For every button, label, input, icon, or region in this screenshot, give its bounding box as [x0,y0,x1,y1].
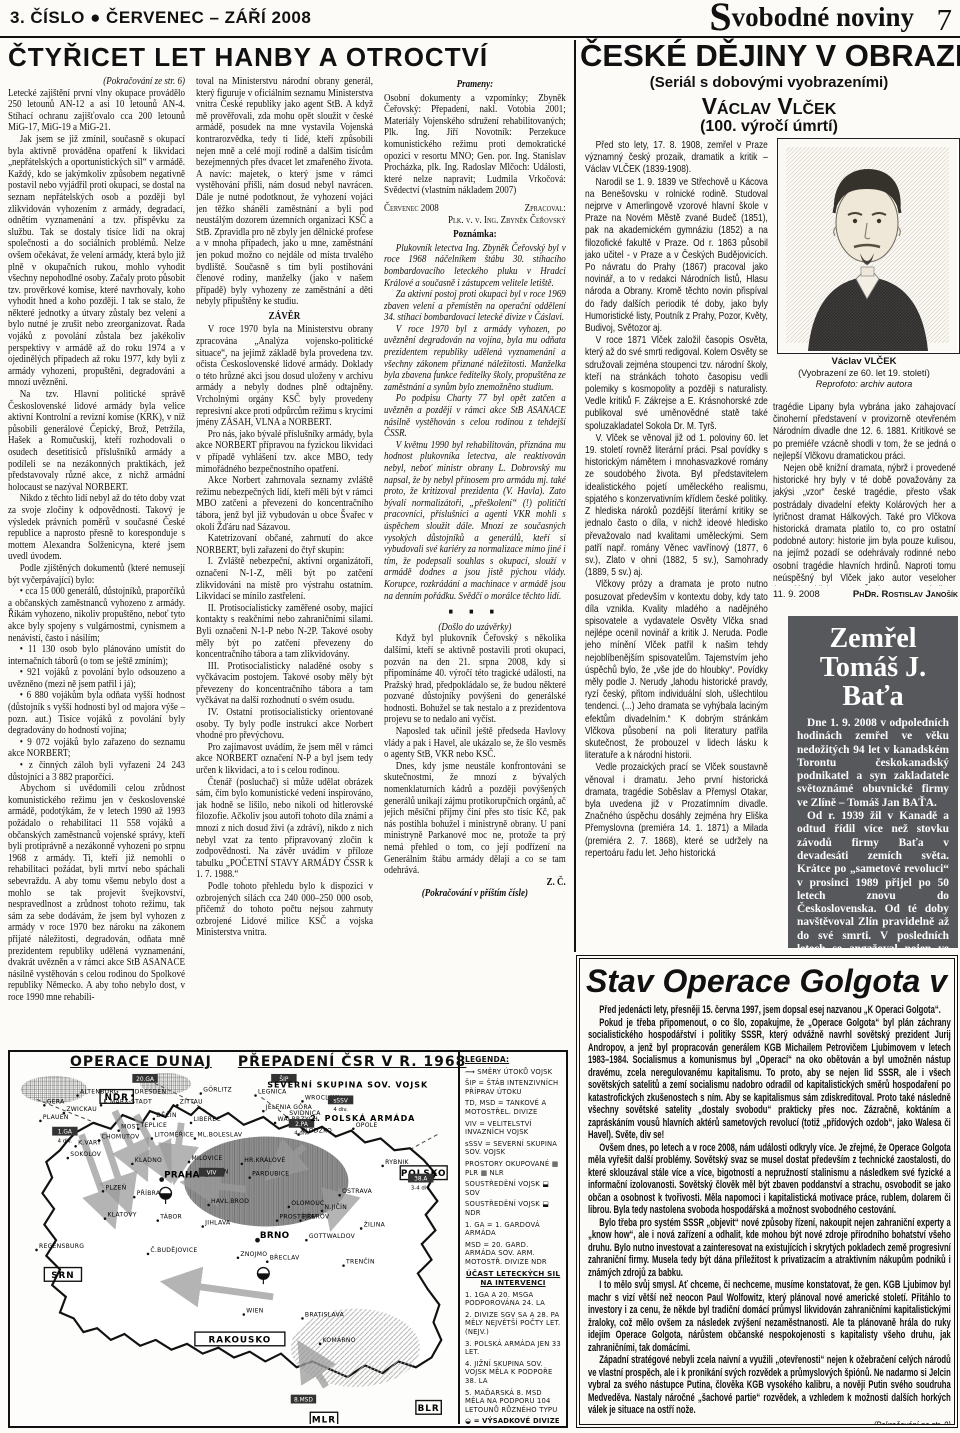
masthead: Svobodné noviny [709,2,914,33]
paragraph: V květnu 1990 byl rehabilitován, přiznán… [384,440,566,602]
paragraph: Plukovník letectva Ing. Zbyněk Čeřovský … [384,243,566,289]
paragraph: Prameny: [384,79,566,91]
svg-text:TÁBOR: TÁBOR [159,1212,182,1221]
svg-text:MILOVICE: MILOVICE [191,1155,222,1162]
paragraph: V roce 1970 byl z armády vyhozen, po uvě… [384,324,566,394]
svg-text:OSTRAVA: OSTRAVA [342,1188,373,1195]
legend-item: SOUSTŘEDĚNÍ VOJSK ⬓ SOV [465,1180,561,1197]
paragraph: II. Protisocialisticky zaměřené osoby, m… [196,603,373,661]
svg-text:MOST: MOST [121,1124,140,1131]
paragraph: • cca 15 000 generálů, důstojníků, prapo… [8,586,185,644]
svg-text:KLATOVY: KLATOVY [107,1212,136,1219]
legend-item: 1. GA = 1. GARDOVÁ ARMÁDA [465,1221,561,1238]
svg-text:1.GA: 1.GA [58,1130,72,1136]
paragraph: Vlčkovy prózy a dramata je proto nutno p… [585,579,768,762]
paragraph: Narodil se 1. 9. 1839 ve Střechově u Kác… [585,177,768,336]
legend-item: MSD = 20. GARD. ARMÁDA SOV. ARM. MOTOSTŘ… [465,1241,561,1267]
svg-text:MLR: MLR [312,1416,336,1424]
paragraph: Nikdo z těchto lidí nebyl až do této dob… [8,493,185,563]
svg-text:ML.BOLESLAV: ML.BOLESLAV [197,1132,243,1139]
legend-item: PROSTORY OKUPOVANÉ ▦ PLR ▦ NLR [465,1160,561,1177]
paragraph: tragédie Lipany byla vybrána jako zahajo… [773,402,956,463]
caption-name: Václav VLČEK [769,356,959,368]
article1-headline: ČTYŘICET LET HANBY A OTROCTVÍ [8,42,528,73]
paragraph: toval na Ministerstvu národní obrany gen… [196,76,373,308]
paragraph: Nejen obě knižní dramata, nýbrž i proved… [773,463,956,586]
svg-text:ZITTAU: ZITTAU [180,1098,203,1105]
paragraph: V roce 1871 Vlček založil časopis Osvěta… [585,335,768,433]
golgota-body: Před jedenácti lety, přesněji 15. června… [588,1004,951,1417]
paragraph: Červenec 2008Zpracoval: [384,203,566,215]
masthead-initial: S [709,0,731,39]
paragraph: IV. Ostatní protisocialisticky orientova… [196,707,373,742]
legend-item: sSSV = SEVERNÍ SKUPINA SOV. VOJSK [465,1140,561,1157]
map-titles: OPERACE DUNAJPŘEPADENÍ ČSR V R. 1968 [70,1054,492,1070]
svg-text:NDR: NDR [105,1093,129,1103]
history-anniversary: (100. výročí úmrtí) [580,118,958,136]
map-legend: LEGENDA: ⟿ SMĚRY ÚTOKŮ VOJSKŠIP = ŠTÁB I… [458,1052,564,1424]
paragraph: Katetrizovaní občané, zahrnutí do akce N… [196,533,373,556]
paragraph: I. Zvláště nebezpeční, aktivní organizát… [196,556,373,602]
legend-item: TD, MSD = TANKOVÉ A MOTOSTŘEL. DIVIZE [465,1099,561,1116]
svg-text:20.GA: 20.GA [136,1077,154,1083]
paragraph: Pro zajímavost uvádím, že jsem měl v rám… [196,742,373,777]
svg-text:KLADNO: KLADNO [135,1157,162,1164]
paragraph: Akce Norbert zahrnovala seznamy zvláště … [196,475,373,533]
svg-text:GÖRLITZ: GÖRLITZ [203,1085,232,1094]
paragraph: Po podpisu Charty 77 byl opět zatčen a u… [384,393,566,439]
paragraph: (Pokračování v příštím čísle) [384,888,566,900]
svg-text:N.JIČÍN: N.JIČÍN [324,1202,347,1211]
svg-text:BRNO: BRNO [260,1231,290,1241]
paragraph: Podle tohoto přehledu bylo k dispozici v… [196,881,373,939]
svg-text:PLZEŇ: PLZEŇ [105,1182,126,1191]
svg-text:REGENSBURG: REGENSBURG [39,1243,84,1250]
golgota-headline: Stav Operace Golgota v roce 2008 [586,963,948,1000]
legend-air-title: ÚČAST LETECKÝCH SIL NA INTERVENCI [465,1270,561,1287]
svg-text:SEVERNÍ SKUPINA SOV. VOJSK: SEVERNÍ SKUPINA SOV. VOJSK [267,1079,428,1090]
paragraph: I to mělo svůj smysl. Ať chceme, či nech… [588,1279,951,1354]
history-headline: ČESKÉ DĚJINY V OBRAZECH [580,38,958,74]
svg-text:TEPLICE: TEPLICE [140,1122,167,1129]
paragraph: Naposled tak učinil ještě předseda Havlo… [384,726,566,761]
svg-text:KOMÁRNO: KOMÁRNO [323,1335,356,1344]
paragraph: Osobní dokumenty a vzpomínky; Zbyněk Čeř… [384,93,566,197]
paragraph: Letecké zajištění první vlny okupace pro… [8,88,185,134]
svg-text:WIEN: WIEN [246,1308,263,1315]
svg-text:Č.BUDĚJOVICE: Č.BUDĚJOVICE [150,1245,197,1254]
paragraph: Bylo třeba pro systém SSSR „objevit“ nov… [588,1217,951,1280]
svg-text:GOTTWALDOV: GOTTWALDOV [309,1233,356,1240]
paragraph: • 6 880 vojákům byla odňata vyšší hodnos… [8,690,185,736]
svg-text:8.MSD: 8.MSD [294,1398,313,1404]
history-subtitle: (Seriál s dobovými vyobrazeními) [580,74,958,91]
legend-air-item: 2. DIVIZE SGV SA A 28. PA MĚLY NEJVĚTŠÍ … [465,1311,561,1337]
paragraph: Před sto lety, 17. 8. 1908, zemřel v Pra… [585,140,768,177]
svg-text:HAVL.BROD: HAVL.BROD [211,1198,249,1205]
svg-text:SRN: SRN [51,1271,74,1281]
svg-text:2.PA: 2.PA [295,1122,308,1128]
paragraph: Když byl plukovník Čeřovský s několika d… [384,633,566,726]
caption-credit: Reprofoto: archiv autora [769,379,959,391]
paragraph: V. Vlček se věnoval již od 1. poloviny 6… [585,433,768,579]
paragraph: Vedle prozaických prací se Vlček soustav… [585,762,768,860]
map-title-event: PŘEPADENÍ ČSR V R. 1968 [238,1054,467,1070]
svg-text:TRENČÍN: TRENČÍN [345,1257,375,1266]
legend-air-item: 5. MAĎARSKÁ 8. MSD MĚLA NA PODPORU 104 L… [465,1389,561,1415]
legend-air-item: 4. JIŽNÍ SKUPINA SOV. VOJSK MĚLA K PODPO… [465,1360,561,1386]
svg-text:SOKOLOV: SOKOLOV [70,1151,102,1158]
svg-text:38.A: 38.A [414,1177,427,1183]
svg-text:DRESDEN: DRESDEN [135,1089,167,1096]
obituary-title: Zemřel Tomáš J. Baťa [797,624,949,711]
paragraph: Z. Č. [384,877,566,889]
svg-text:3-4 div.: 3-4 div. [411,1185,431,1191]
masthead-rest: vobodné noviny [732,2,914,32]
svg-text:JIHLAVA: JIHLAVA [204,1220,231,1227]
golgota-article: Stav Operace Golgota v roce 2008 Před je… [576,955,958,1428]
svg-text:LITOMĚŘICE: LITOMĚŘICE [154,1130,194,1139]
article1-column-3: Prameny:Osobní dokumenty a vzpomínky; Zb… [384,76,566,1046]
golgota-continuation: (Pokračování na str. 8) [588,1420,951,1429]
paragraph: III. Protisocialisticky naladěné osoby s… [196,661,373,707]
history-signature-row: 11. 9. 2008 PhDr. Rostislav Janošík [773,589,958,600]
paragraph: Na tzv. Hlavní politické správě Českoslo… [8,389,185,493]
article1-column-2: toval na Ministerstvu národní obrany gen… [196,76,374,1046]
legend-air-item: 1. 1GA A 20. MSGA PODPOROVÁNA 24. LA [465,1291,561,1308]
page-number: 7 [937,2,953,38]
svg-text:PŘEROV: PŘEROV [303,1212,330,1221]
paragraph: Dnes, kdy jsme neustále konfrontováni se… [384,761,566,877]
svg-text:K.VARY: K.VARY [78,1139,101,1146]
paragraph: • 9 072 vojáků bylo zařazeno do seznamu … [8,737,185,760]
paragraph: Za aktivní postoj proti okupaci byl v ro… [384,289,566,324]
portrait-photo [777,138,960,354]
history-author: PhDr. Rostislav Janošík [853,589,958,600]
paragraph: Čtenář (posluchač) si může udělat obráze… [196,777,373,881]
svg-text:DĚČÍN: DĚČÍN [156,1110,176,1119]
vertical-divider [574,40,576,952]
svg-text:CHOMUTOV: CHOMUTOV [102,1133,141,1140]
svg-text:4 div.: 4 div. [58,1138,73,1144]
paragraph: Pro nás, jako bývalé příslušníky armády,… [196,429,373,475]
history-date: 11. 9. 2008 [773,589,820,600]
legend-title: LEGENDA: [465,1056,561,1065]
svg-text:ZWICKAU: ZWICKAU [66,1106,97,1113]
portrait-engraving [778,139,957,351]
map-drawing: GERAALTENBURGK.MARX-STADTZWICKAUPLAUENDR… [12,1072,458,1424]
photo-caption: Václav VLČEK (Vyobrazení ze 60. let 19. … [769,356,959,391]
svg-text:HR.KRÁLOVÉ: HR.KRÁLOVÉ [244,1155,285,1164]
legend-item: SOUSTŘEDĚNÍ VOJSK ⬓ NDR [465,1200,561,1217]
paragraph: Plk. v. v. Ing. Zbyněk Čeřovský [384,215,566,227]
svg-text:sSSV: sSSV [333,1098,348,1104]
article1-column-1: (Pokračování ze str. 6)Letecké zajištění… [8,76,186,1046]
paragraph: Podle zjištěných dokumentů (které nemuse… [8,563,185,586]
paragraph: (Došlo do uzávěrky) [384,622,566,634]
svg-text:PARDUBICE: PARDUBICE [252,1171,289,1178]
paragraph: ZÁVĚR [196,311,373,323]
paragraph: ■ ■ ■ [384,606,566,618]
legend-item: ŠIP = ŠTÁB INTENZIVNÍCH PŘÍPRAV ÚTOKU [465,1079,561,1096]
paragraph: V roce 1970 byla na Ministerstvu obrany … [196,324,373,428]
obituary-paragraph: Od r. 1939 žil v Kanadě a odtud řídil ví… [797,810,949,948]
obituary-box: Zemřel Tomáš J. Baťa Dne 1. 9. 2008 v od… [788,616,958,948]
invasion-map: OPERACE DUNAJPŘEPADENÍ ČSR V R. 1968 [8,1050,568,1428]
svg-text:ŽILINA: ŽILINA [364,1219,386,1228]
caption-era: (Vyobrazení ze 60. let 19. století) [769,368,959,380]
svg-text:OLOMOUC: OLOMOUC [291,1200,324,1207]
paragraph: • z činných záloh byli vyřazeni 24 243 d… [8,760,185,783]
paragraph: Ovšem dnes, po letech a v roce 2008, nám… [588,1142,951,1217]
legend-footer: ◒ = VÝSADKOVÉ DIVIZE [465,1417,561,1426]
svg-text:ZNOJMO: ZNOJMO [240,1251,267,1258]
history-person-name: Václav Vlček [580,93,958,120]
svg-text:4 div.: 4 div. [294,1131,309,1137]
svg-text:PRAHA: PRAHA [164,1171,200,1181]
paragraph: • 921 vojáků z povolání bylo odsouzeno a… [8,667,185,690]
paragraph: Před jedenácti lety, přesněji 15. června… [588,1004,951,1017]
svg-text:VIV: VIV [207,1171,217,1177]
svg-text:BŘECLAV: BŘECLAV [270,1253,300,1262]
legend-air-item: 3. POLSKÁ ARMÁDA JEN 33 LET. [465,1340,561,1357]
paragraph: Abychom si uvědomili celou zrůdnost komu… [8,783,185,1003]
svg-text:4 div.: 4 div. [333,1107,348,1113]
issue-line: 3. ČÍSLO ● ČERVENEC – ZÁŘÍ 2008 [10,8,311,28]
legend-item: ⟿ SMĚRY ÚTOKŮ VOJSK [465,1068,561,1077]
paragraph: Pokud je třeba připomenout, o co šlo, zo… [588,1017,951,1142]
svg-text:BRATISLAVA: BRATISLAVA [305,1311,345,1318]
svg-text:LIBEREC: LIBEREC [193,1116,220,1123]
obituary-paragraph: Dne 1. 9. 2008 v odpoledních hodinách ze… [797,717,949,810]
svg-text:RAKOUSKO: RAKOUSKO [209,1335,272,1345]
newspaper-page: 3. ČÍSLO ● ČERVENEC – ZÁŘÍ 2008 Svobodné… [0,0,960,1433]
paragraph: • 11 130 osob bylo plánováno umístit do … [8,644,185,667]
map-title-operation: OPERACE DUNAJ [70,1054,212,1070]
svg-text:GERA: GERA [47,1098,65,1105]
paragraph: Jak jsem se již zmínil, současně s okupa… [8,134,185,389]
history-column-a: Před sto lety, 17. 8. 1908, zemřel v Pra… [585,140,769,972]
paragraph: Poznámka: [384,229,566,241]
svg-text:RYBNIK: RYBNIK [385,1159,409,1166]
paragraph: (Pokračování ze str. 6) [8,76,185,88]
svg-text:2. POLSKÁ ARMÁDA: 2. POLSKÁ ARMÁDA [310,1112,415,1123]
history-column-b: tragédie Lipany byla vybrána jako zahajo… [773,402,959,586]
svg-text:BLR: BLR [418,1404,440,1414]
legend-item: VIV = VELITELSTVÍ INVAZNÍCH VOJSK [465,1120,561,1137]
svg-text:PLAUEN: PLAUEN [43,1114,69,1121]
paragraph: Západní stratégové nebyli zcela naivní a… [588,1354,951,1417]
